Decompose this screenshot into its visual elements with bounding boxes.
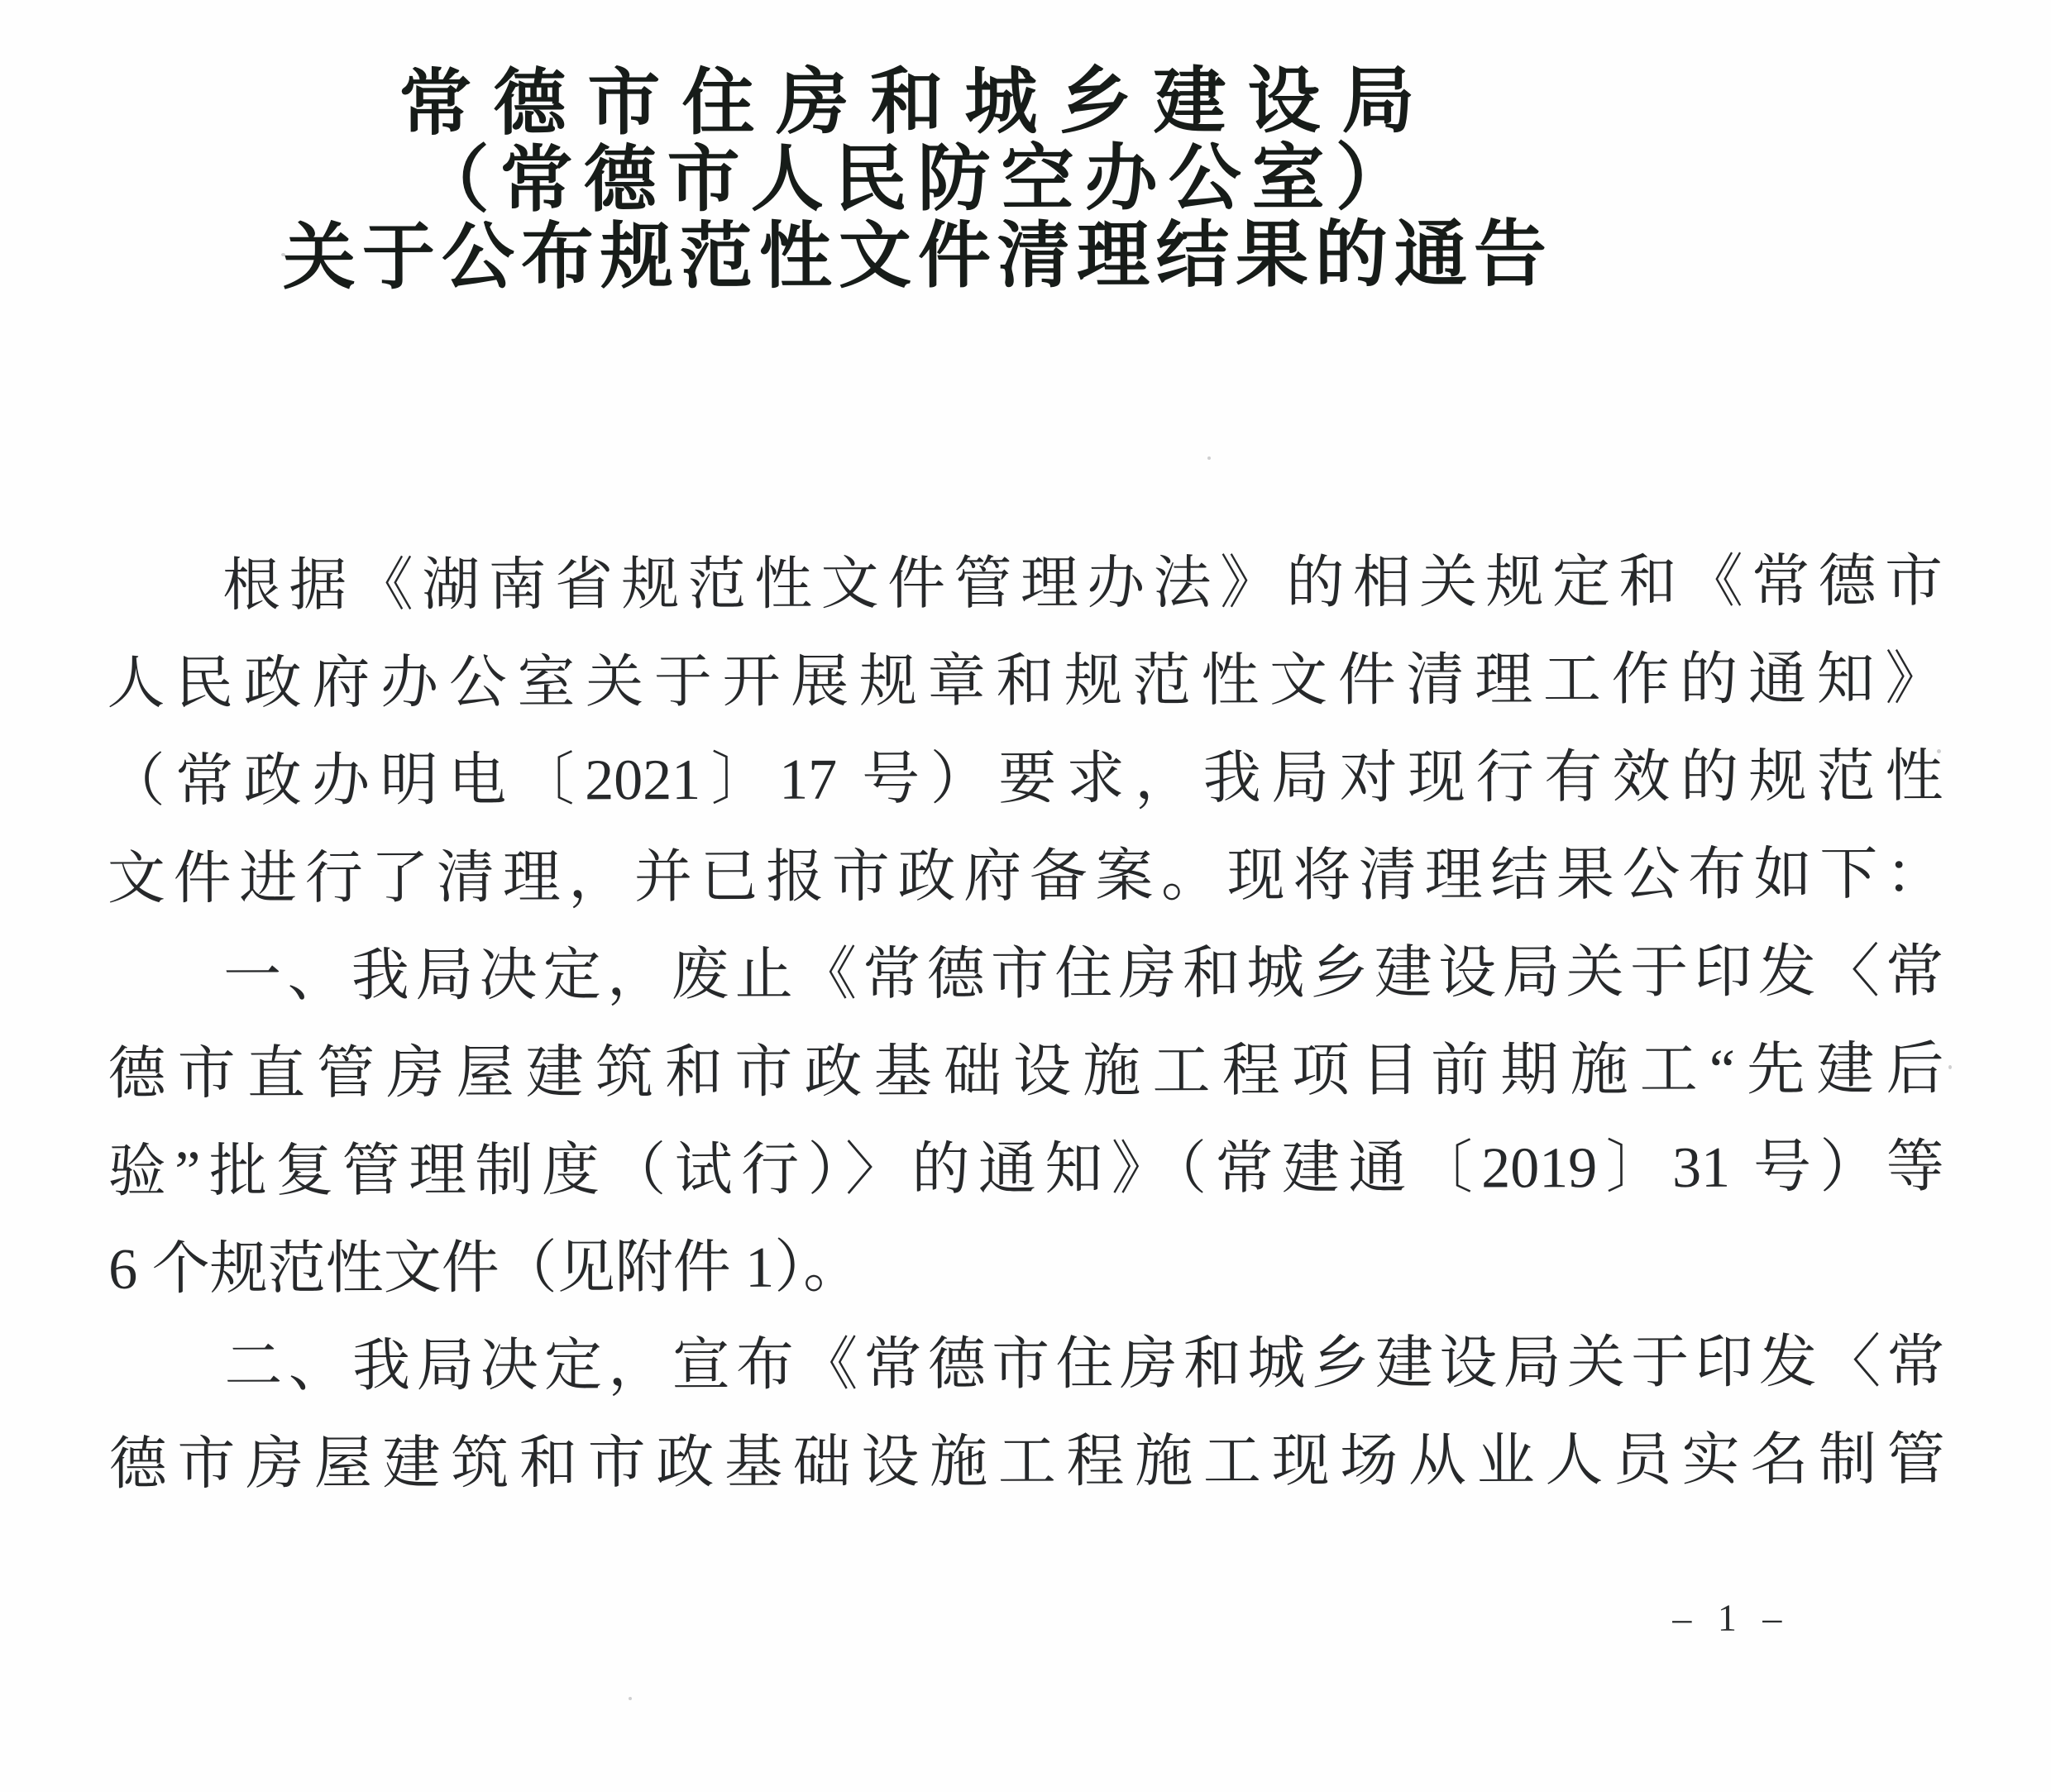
scan-speck (1207, 456, 1211, 460)
scan-speck (1948, 1065, 1952, 1069)
title-line-1: 常德市住房和城乡建设局 (0, 62, 1943, 144)
title-line-3: 关于公布规范性文件清理结果的通告 (0, 216, 1943, 298)
body-line: 验”批复管理制度（试行）〉的通知》（常建通〔2019〕31 号）等 (108, 1119, 1944, 1221)
body-line: 人民政府办公室关于开展规章和规范性文件清理工作的通知》 (107, 631, 1943, 734)
body-line: 德市房屋建筑和市政基础设施工程施工现场从业人员实名制管 (109, 1412, 1945, 1514)
body-line: 6 个规范性文件（见附件 1）。 (108, 1216, 1944, 1319)
scan-speck (1937, 749, 1941, 753)
document-content: 常德市住房和城乡建设局 （常德市人民防空办公室） 关于公布规范性文件清理结果的通… (0, 0, 2051, 1792)
page-number: – 1 – (1672, 1596, 1790, 1640)
scan-speck (629, 1697, 632, 1700)
body-line: 根据《湖南省规范性文件管理办法》的相关规定和《常德市 (107, 533, 1943, 636)
body-line: 二、我局决定，宣布《常德市住房和城乡建设局关于印发〈常 (108, 1314, 1944, 1417)
scanned-document-page: 常德市住房和城乡建设局 （常德市人民防空办公室） 关于公布规范性文件清理结果的通… (0, 0, 2051, 1792)
body-line: 一、我局决定，废止《常德市住房和城乡建设局关于印发〈常 (108, 924, 1943, 1026)
body-line: （常政办明电〔2021〕17 号）要求，我局对现行有效的规范性 (107, 729, 1943, 831)
body-line: 德市直管房屋建筑和市政基础设施工程项目前期施工“先建后 (108, 1021, 1943, 1124)
document-body: 根据《湖南省规范性文件管理办法》的相关规定和《常德市 人民政府办公室关于开展规章… (107, 533, 1945, 1514)
body-line: 文件进行了清理，并已报市政府备案。现将清理结果公布如下： (108, 826, 1943, 929)
document-title: 常德市住房和城乡建设局 （常德市人民防空办公室） 关于公布规范性文件清理结果的通… (0, 62, 1943, 298)
scan-speck (845, 162, 849, 166)
title-line-2: （常德市人民防空办公室） (0, 139, 1943, 221)
scan-speck (281, 253, 285, 256)
